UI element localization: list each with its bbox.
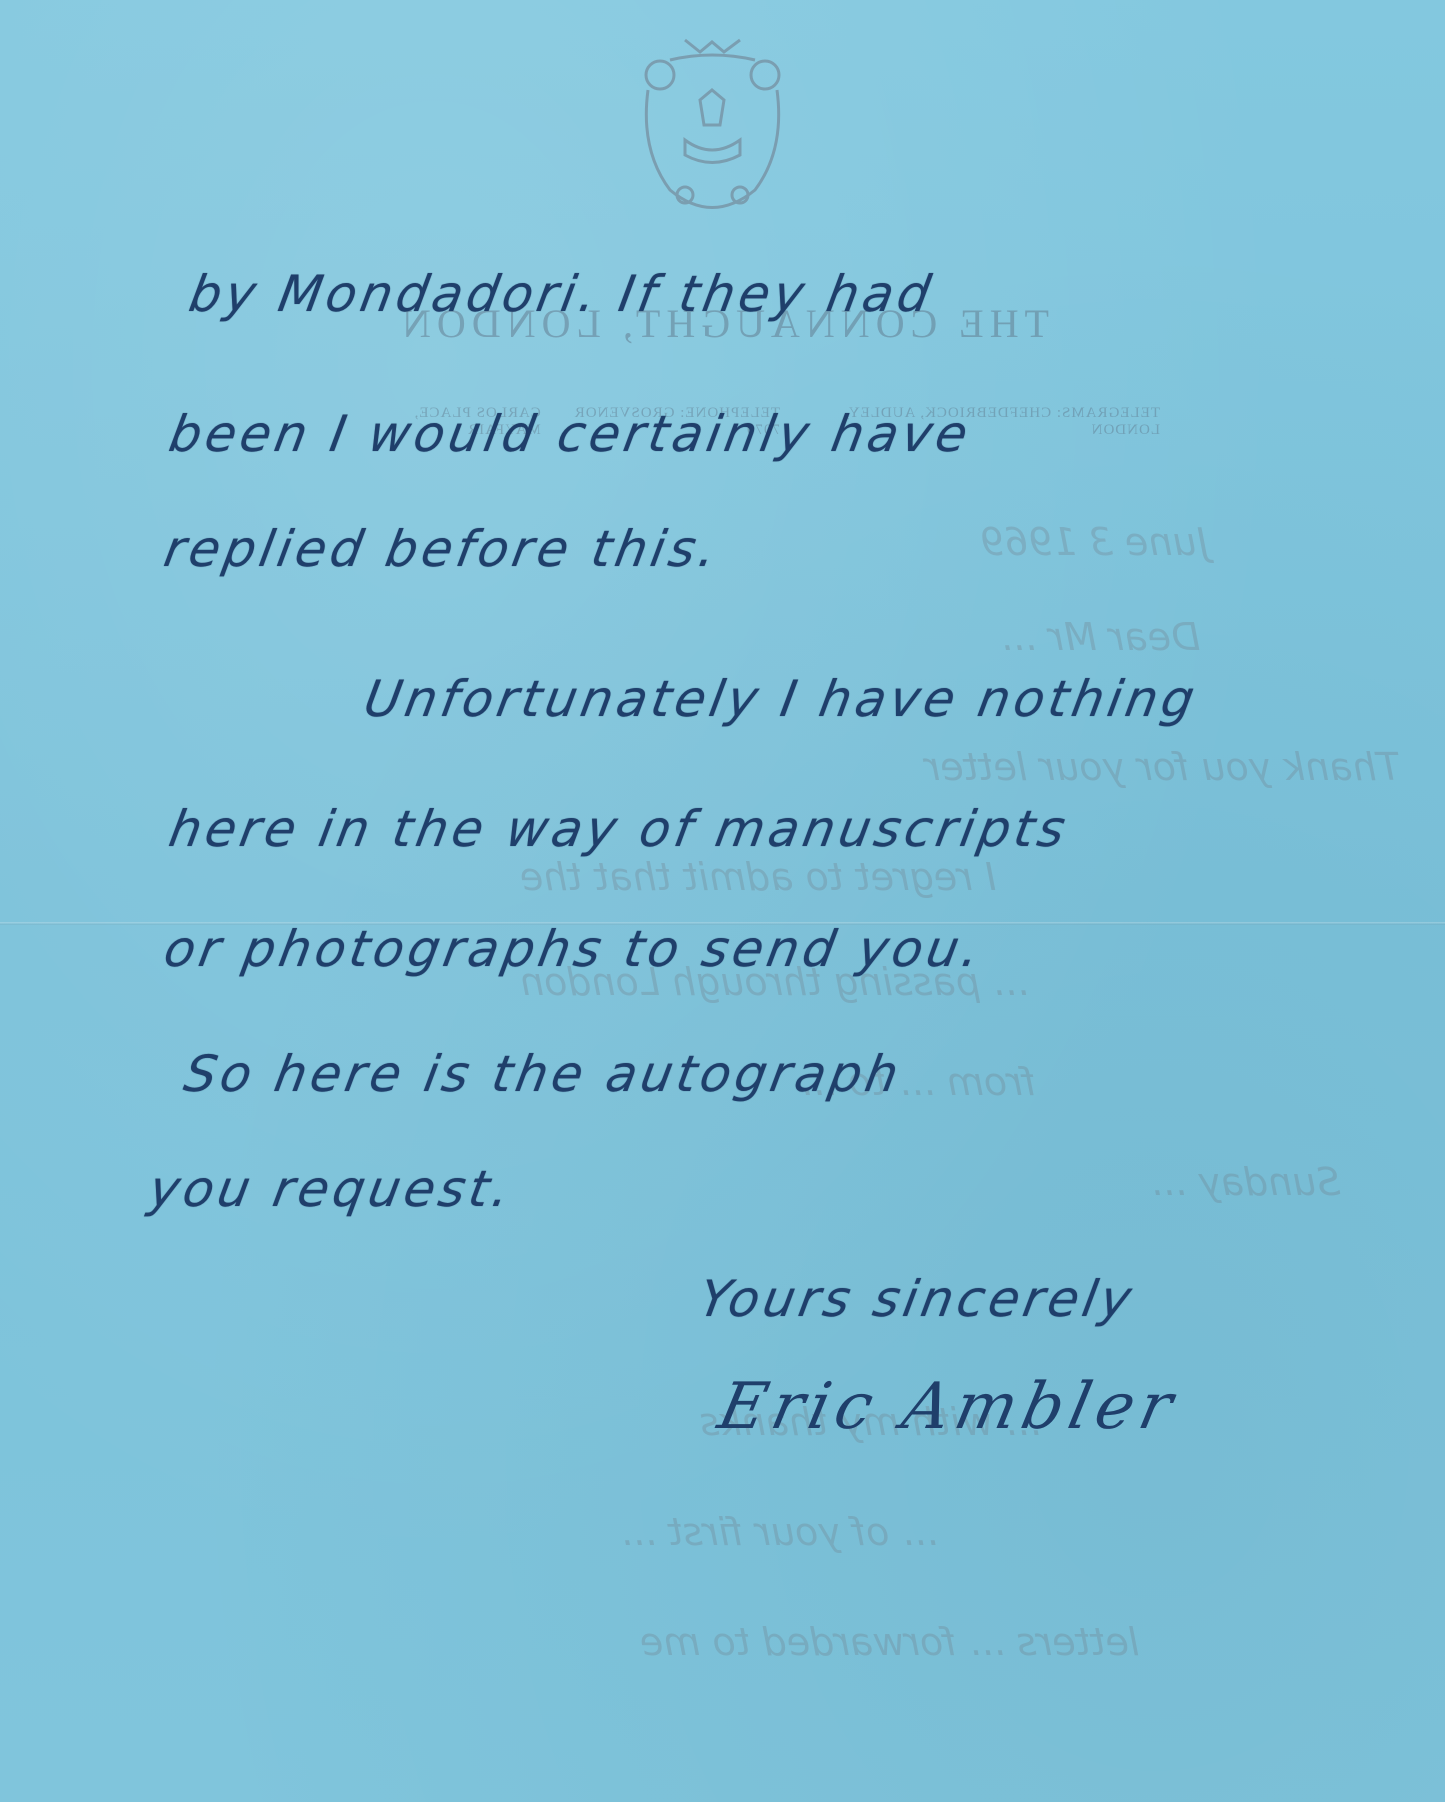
show-through-line: June 3 1969: [980, 520, 1208, 564]
show-through-line: Sunday ...: [1150, 1160, 1341, 1204]
letter-closing: Yours sincerely: [695, 1270, 1140, 1328]
show-through-line: Thank you for your letter: [450, 745, 1400, 789]
letter-line: been I would certainly have: [165, 405, 976, 463]
show-through-line: letters ... forwarded to me: [640, 1620, 1140, 1664]
show-through-line: ... of your first ...: [620, 1510, 938, 1554]
show-through-line: Dear Mr ...: [1000, 615, 1200, 659]
letter-line: or photographs to send you.: [160, 920, 988, 978]
signature: Eric Ambler: [712, 1370, 1185, 1444]
show-through-line: I regret to admit that the: [520, 855, 996, 899]
letter-line: by Mondadori. If they had: [185, 265, 939, 323]
letter-line: Unfortunately I have nothing: [360, 670, 1203, 728]
letter-line: you request.: [145, 1160, 518, 1218]
hotel-crest-icon: [630, 30, 795, 225]
letter-line: here in the way of manuscripts: [165, 800, 1074, 858]
letter-line: So here is the autograph: [180, 1045, 907, 1103]
letter-line: replied before this.: [160, 520, 725, 578]
